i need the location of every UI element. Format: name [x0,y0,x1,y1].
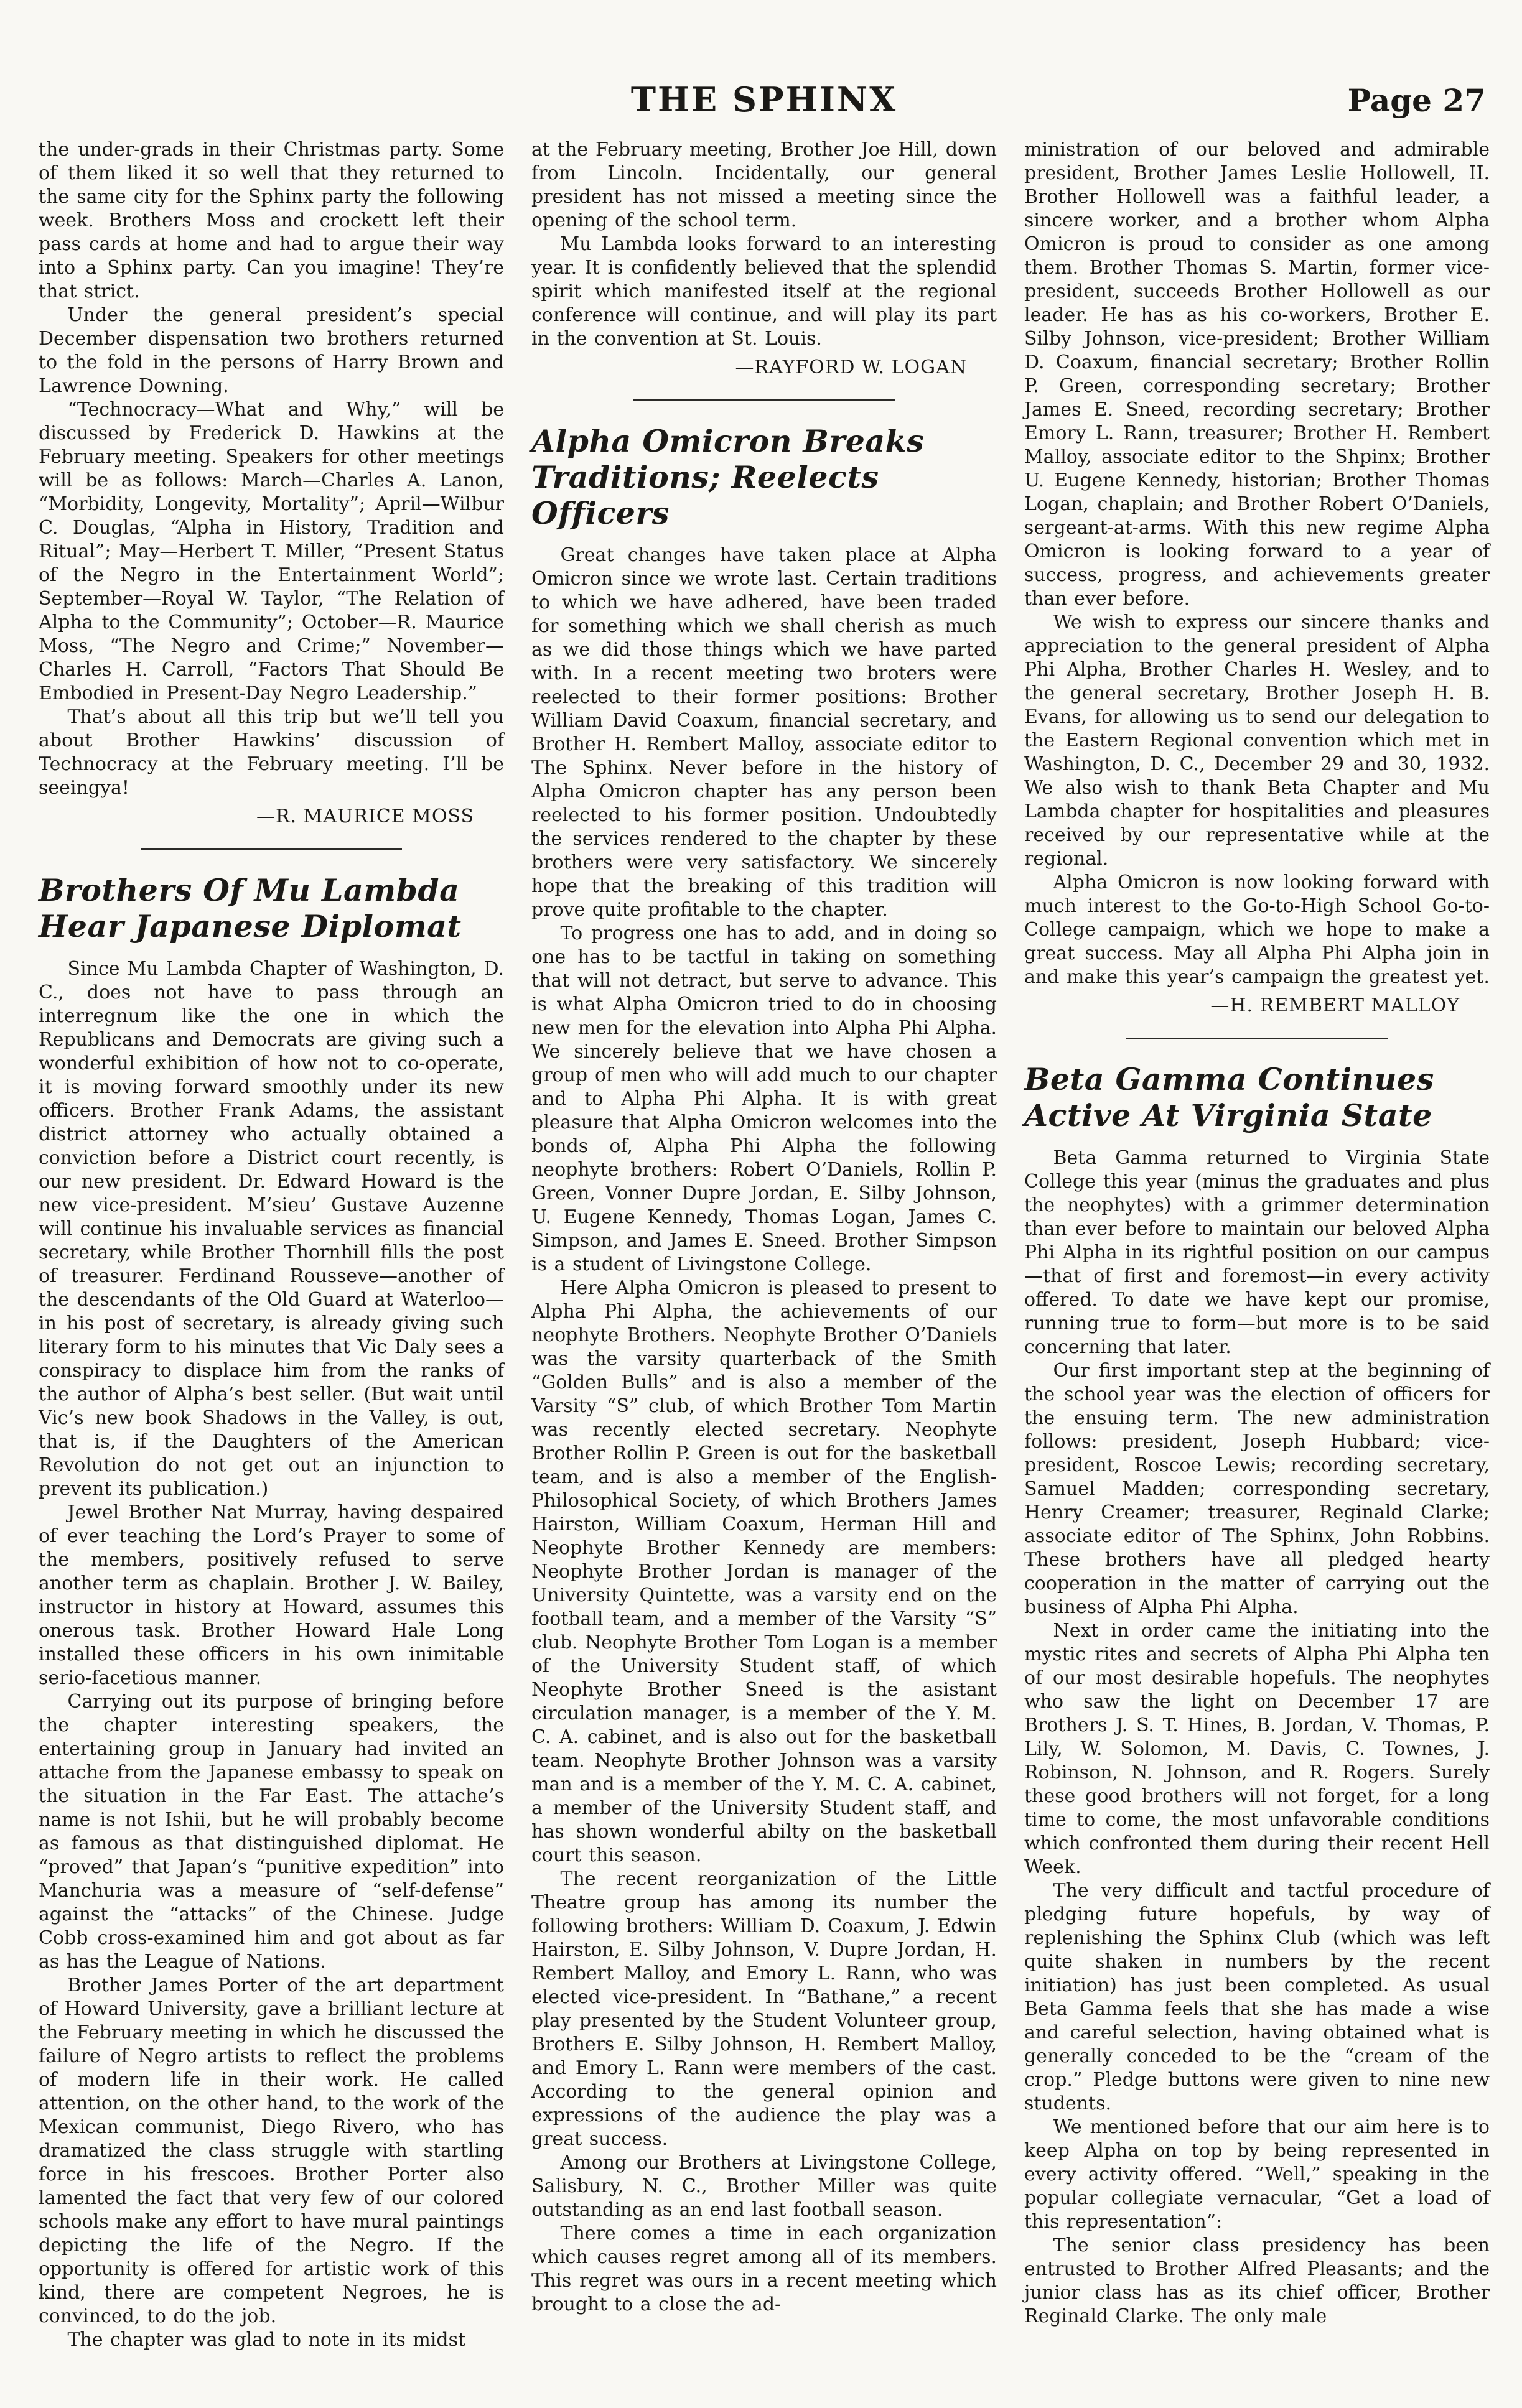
article-paragraph: the under-grads in their Christmas party… [39,138,504,304]
byline-logan: —RAYFORD W. LOGAN [531,356,967,379]
article-paragraph: The senior class presidency has been ent… [1024,2234,1490,2328]
article-paragraph: Since Mu Lambda Chapter of Washington, D… [39,957,504,1501]
article-heading-beta-gamma: Beta Gamma Continues Active At Virginia … [1024,1062,1490,1134]
byline-moss: —R. MAURICE MOSS [39,805,474,829]
article-paragraph: There comes a time in each organization … [531,2222,997,2317]
article-paragraph: To progress one has to add, and in doing… [531,922,997,1276]
article-paragraph: We mentioned before that our aim here is… [1024,2116,1490,2234]
article-paragraph: The chapter was glad to note in its mids… [39,2328,504,2352]
column-1: the under-grads in their Christmas party… [39,138,504,2352]
masthead: THE SPHINX Page 27 [39,80,1490,119]
page-title: THE SPHINX [531,80,997,119]
article-paragraph: at the February meeting, Brother Joe Hil… [531,138,997,233]
section-divider [633,399,895,401]
article-paragraph: Under the general president’s special De… [39,304,504,398]
article-paragraph: Brother James Porter of the art departme… [39,1974,504,2328]
article-paragraph: The recent reorganization of the Little … [531,1867,997,2151]
article-paragraph: Here Alpha Omicron is pleased to present… [531,1276,997,1867]
column-3: ministration of our beloved and admirabl… [1024,138,1490,2328]
article-paragraph: That’s about all this trip but we’ll tel… [39,705,504,800]
article-heading-alpha-omicron: Alpha Omicron Breaks Traditions; Reelect… [531,424,997,531]
article-paragraph: Mu Lambda looks forward to an interestin… [531,233,997,351]
column-layout: the under-grads in their Christmas party… [39,138,1490,2352]
article-paragraph: Next in order came the initiating into t… [1024,1619,1490,1879]
article-paragraph: Beta Gamma returned to Virginia State Co… [1024,1146,1490,1359]
article-paragraph: Our first important step at the beginnin… [1024,1359,1490,1619]
article-paragraph: The very difficult and tactful procedure… [1024,1879,1490,2116]
byline-malloy: —H. REMBERT MALLOY [1024,994,1460,1018]
section-divider [1126,1038,1388,1039]
page-number: Page 27 [1024,82,1490,119]
article-paragraph: “Technocracy—What and Why,” will be disc… [39,398,504,705]
article-paragraph: Jewel Brother Nat Murray, having despair… [39,1501,504,1690]
magazine-page: THE SPHINX Page 27 the under-grads in th… [0,0,1522,2408]
article-heading-mu-lambda: Brothers Of Mu Lambda Hear Japanese Dipl… [39,873,504,945]
article-paragraph: Great changes have taken place at Alpha … [531,544,997,922]
article-paragraph: We wish to express our sincere thanks an… [1024,611,1490,871]
column-2: at the February meeting, Brother Joe Hil… [531,138,997,2317]
article-paragraph: Alpha Omicron is now looking forward wit… [1024,871,1490,989]
article-paragraph: ministration of our beloved and admirabl… [1024,138,1490,611]
article-paragraph: Among our Brothers at Livingstone Colleg… [531,2151,997,2222]
section-divider [141,848,402,850]
article-paragraph: Carrying out its purpose of bringing bef… [39,1690,504,1974]
